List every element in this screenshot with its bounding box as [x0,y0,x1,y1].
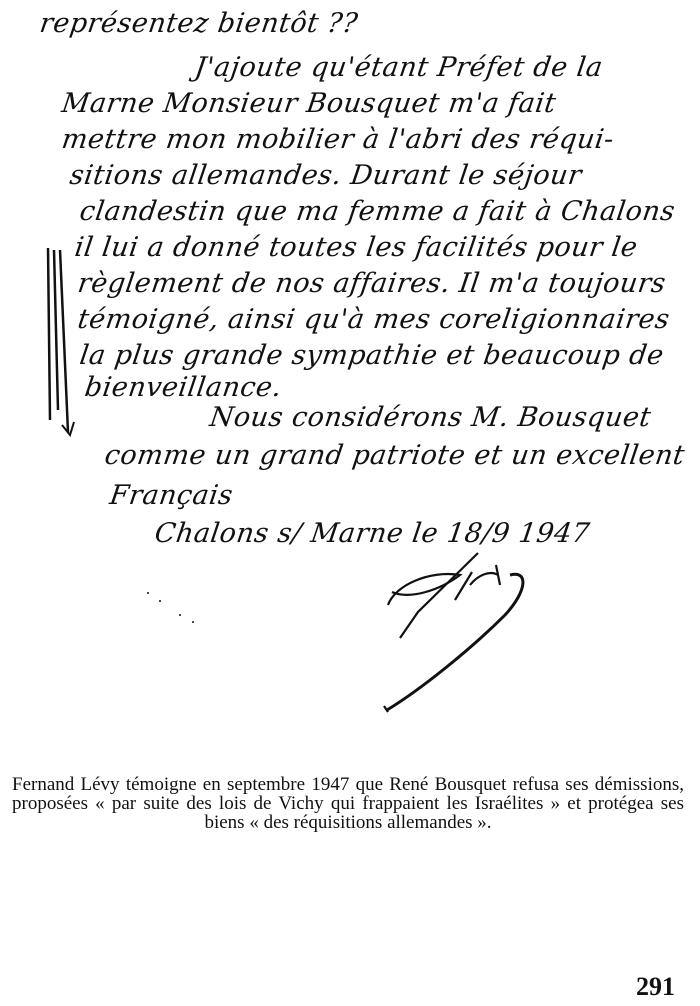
figure-caption: Fernand Lévy témoigne en septembre 1947 … [12,775,684,832]
margin-bracket-lines [48,248,68,432]
page-number: 291 [636,972,675,1002]
signature-mark [384,553,523,712]
margin-marks [0,0,700,730]
handwritten-letter: représentez bientôt ?? J'ajoute qu'étant… [0,0,700,730]
